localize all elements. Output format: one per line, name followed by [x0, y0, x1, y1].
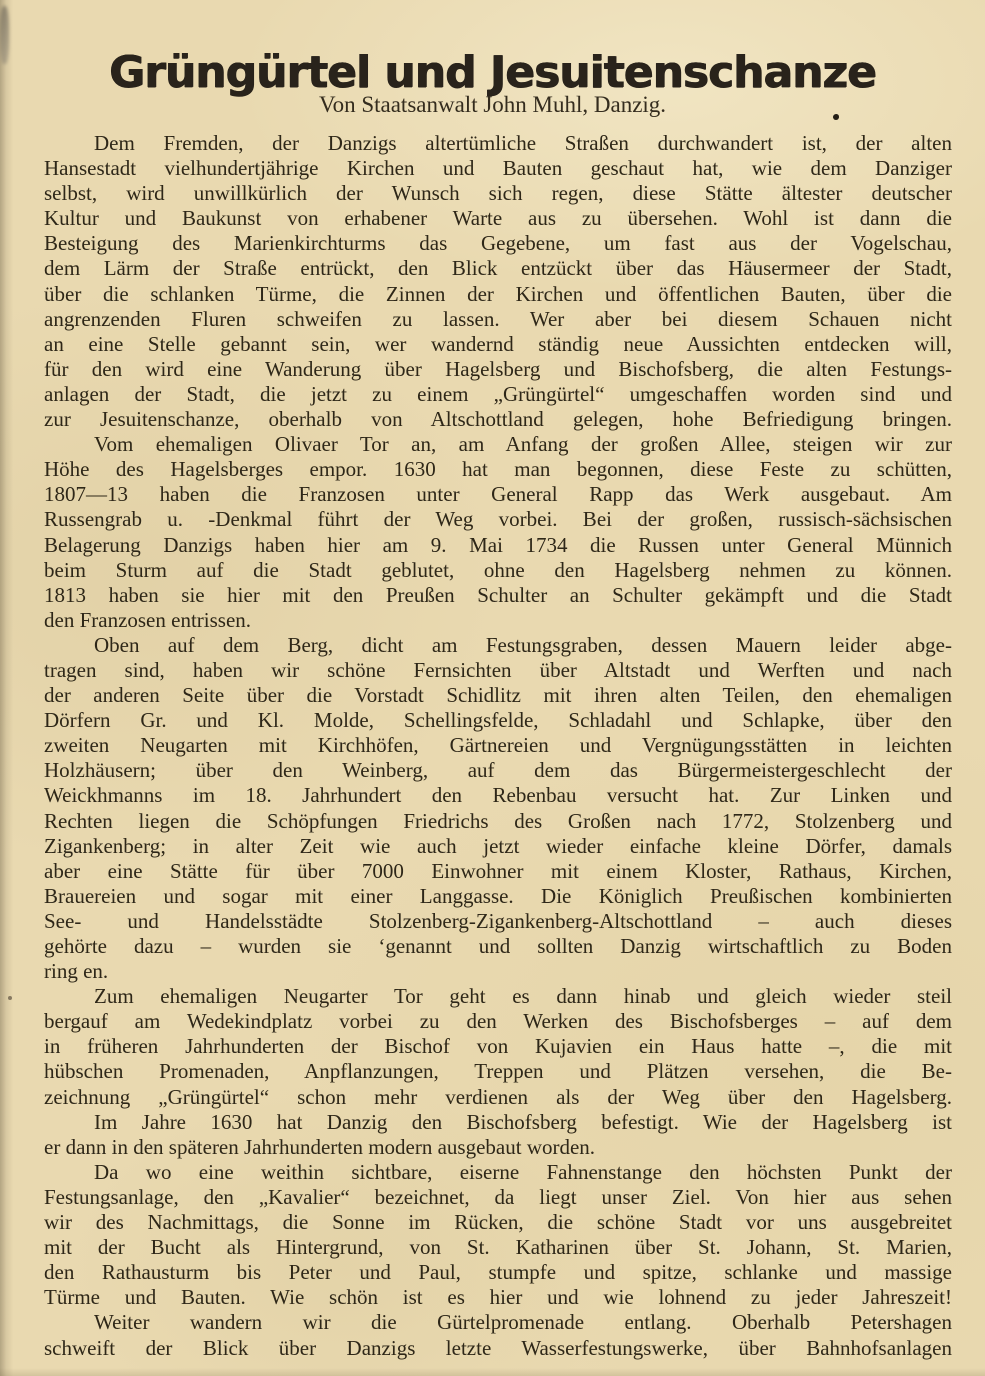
- text-line: Holzhäusern; über den Weinberg, auf dem …: [44, 758, 952, 783]
- text-line: Festungsanlage, den „Kavalier“ bezeichne…: [44, 1185, 952, 1210]
- text-line: ring en.: [44, 959, 952, 984]
- text-line: schweift der Blick über Danzigs letzte W…: [44, 1336, 952, 1361]
- text-line: an eine Stelle gebannt sein, wer wandern…: [44, 332, 952, 357]
- scan-edge-shadow: [0, 0, 14, 1376]
- text-line: in früheren Jahrhunderten der Bischof vo…: [44, 1034, 952, 1059]
- ink-speck: [8, 996, 12, 1000]
- text-line: Im Jahre 1630 hat Danzig den Bischofsber…: [44, 1110, 952, 1135]
- text-line: selbst, wird unwillkürlich der Wunsch si…: [44, 181, 952, 206]
- text-line: zeichnung „Grüngürtel“ schon mehr verdie…: [44, 1085, 952, 1110]
- text-line: Russengrab u. -Denkmal führt der Weg vor…: [44, 507, 952, 532]
- text-line: tragen sind, haben wir schöne Fernsichte…: [44, 658, 952, 683]
- text-line: der anderen Seite über die Vorstadt Schi…: [44, 683, 952, 708]
- text-line: über die schlanken Türme, die Zinnen der…: [44, 282, 952, 307]
- text-line: Dörfern Gr. und Kl. Molde, Schellingsfel…: [44, 708, 952, 733]
- text-line: aber eine Stätte für über 7000 Einwohner…: [44, 859, 952, 884]
- text-line: Besteigung des Marienkirchturms das Gege…: [44, 231, 952, 256]
- text-line: mit der Bucht als Hintergrund, von St. K…: [44, 1235, 952, 1260]
- text-line: für den wird eine Wanderung über Hagelsb…: [44, 357, 952, 382]
- text-line: zweiten Neugarten mit Kirchhöfen, Gärtne…: [44, 733, 952, 758]
- text-line: Vom ehemaligen Olivaer Tor an, am Anfang…: [44, 432, 952, 457]
- text-line: Brauereien und sogar mit einer Langgasse…: [44, 884, 952, 909]
- text-line: Kultur und Baukunst von erhabener Warte …: [44, 206, 952, 231]
- text-line: beim Sturm auf die Stadt geblutet, ohne …: [44, 558, 952, 583]
- text-line: See- und Handelsstädte Stolzenberg-Zigan…: [44, 909, 952, 934]
- text-line: er dann in den späteren Jahrhunderten mo…: [44, 1135, 952, 1160]
- text-line: zur Jesuitenschanze, oberhalb von Altsch…: [44, 407, 952, 432]
- text-line: Hansestadt vielhundertjährige Kirchen un…: [44, 156, 952, 181]
- text-line: anlagen der Stadt, die jetzt zu einem „G…: [44, 382, 952, 407]
- text-line: Weiter wandern wir die Gürtelpromenade e…: [44, 1310, 952, 1335]
- text-line: Weickhmanns im 18. Jahrhundert den Reben…: [44, 783, 952, 808]
- text-line: Türme und Bauten. Wie schön ist es hier …: [44, 1285, 952, 1310]
- text-line: Zigankenberg; in alter Zeit wie auch jet…: [44, 834, 952, 859]
- article-body: Dem Fremden, der Danzigs altertümliche S…: [44, 131, 952, 1361]
- text-line: Belagerung Danzigs haben hier am 9. Mai …: [44, 533, 952, 558]
- text-line: Da wo eine weithin sichtbare, eiserne Fa…: [44, 1160, 952, 1185]
- text-line: 1807—13 haben die Franzosen unter Genera…: [44, 482, 952, 507]
- article-byline: Von Staatsanwalt John Muhl, Danzig.: [0, 92, 985, 118]
- text-line: Dem Fremden, der Danzigs altertümliche S…: [44, 131, 952, 156]
- scan-bottom-shadow: [0, 1368, 985, 1376]
- text-line: 1813 haben sie hier mit den Preußen Schu…: [44, 583, 952, 608]
- text-line: den Franzosen entrissen.: [44, 608, 952, 633]
- text-line: Zum ehemaligen Neugarter Tor geht es dan…: [44, 984, 952, 1009]
- text-line: angrenzenden Fluren schweifen zu lassen.…: [44, 307, 952, 332]
- article-title: Grüngürtel und Jesuitenschanze: [0, 47, 985, 98]
- text-line: gehörte dazu – wurden sie ‘genannt und s…: [44, 934, 952, 959]
- scanned-article-page: Grüngürtel und Jesuitenschanze Von Staat…: [0, 0, 985, 1376]
- text-line: Höhe des Hagelsberges empor. 1630 hat ma…: [44, 457, 952, 482]
- text-line: hübschen Promenaden, Anpflanzungen, Trep…: [44, 1059, 952, 1084]
- text-line: Oben auf dem Berg, dicht am Festungsgrab…: [44, 633, 952, 658]
- text-line: Rechten liegen die Schöpfungen Friedrich…: [44, 809, 952, 834]
- text-line: bergauf am Wedekindplatz vorbei zu den W…: [44, 1009, 952, 1034]
- text-line: den Rathausturm bis Peter und Paul, stum…: [44, 1260, 952, 1285]
- text-line: wir des Nachmittags, die Sonne im Rücken…: [44, 1210, 952, 1235]
- text-line: dem Lärm der Straße entrückt, den Blick …: [44, 256, 952, 281]
